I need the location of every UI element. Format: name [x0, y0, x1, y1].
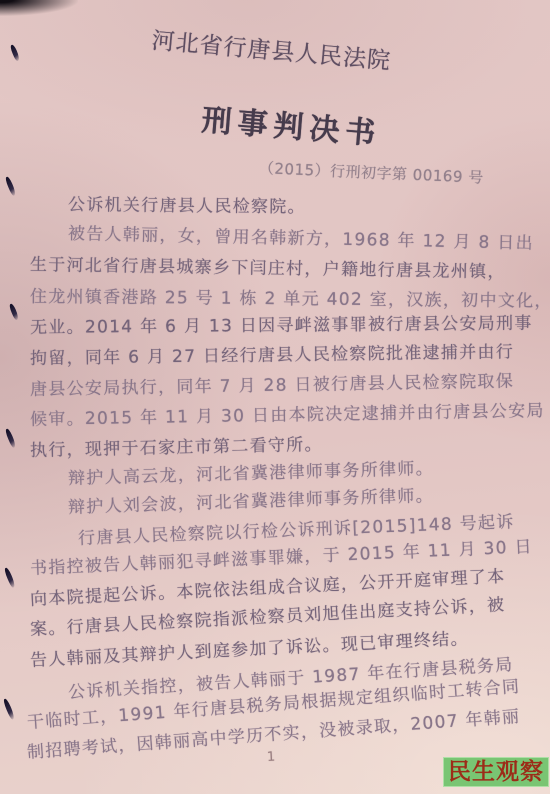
- binding-mark: [9, 44, 20, 62]
- binding-mark: [4, 428, 17, 448]
- page-number: 1: [267, 750, 276, 765]
- judgment-document-page: 河北省行唐县人民法院 刑事判决书 （2015）行刑初字第 00169 号 公诉机…: [0, 0, 550, 794]
- body-line: 拘留，同年 6 月 27 日经行唐县人民检察院批准逮捕并由行: [30, 337, 514, 369]
- document-title: 刑事判决书: [200, 95, 383, 153]
- body-line: 无业。2014 年 6 月 13 日因寻衅滋事罪被行唐县公安局刑事: [30, 309, 533, 338]
- binding-mark: [8, 303, 19, 321]
- body-line: 公诉机关行唐县人民检察院。: [68, 190, 306, 217]
- body-line: 执行，现押于石家庄市第二看守所。: [30, 430, 323, 461]
- binding-mark: [2, 698, 16, 720]
- body-line: 生于河北省行唐县城寨乡下闫庄村，户籍地行唐县龙州镇，: [30, 250, 506, 282]
- court-name: 河北省行唐县人民法院: [151, 22, 393, 76]
- body-line: 唐县公安局执行，同年 7 月 28 日被行唐县人民检察院取保: [30, 367, 514, 400]
- body-line: 候审。2015 年 11 月 30 日由本院决定逮捕并由行唐县公安局: [30, 396, 545, 430]
- body-line: 被告人韩丽，女，曾用名韩新方，1968 年 12 月 8 日出: [68, 219, 534, 254]
- photo-corner-shadow: [0, 0, 78, 16]
- binding-mark: [4, 176, 17, 196]
- case-number: （2015）行刑初字第 00169 号: [259, 157, 485, 188]
- body-line: 住龙州镇香港路 25 号 1 栋 2 单元 402 室，汉族，初中文化，: [30, 282, 550, 312]
- watermark-badge: 民生观察: [443, 757, 549, 787]
- binding-mark: [3, 567, 16, 588]
